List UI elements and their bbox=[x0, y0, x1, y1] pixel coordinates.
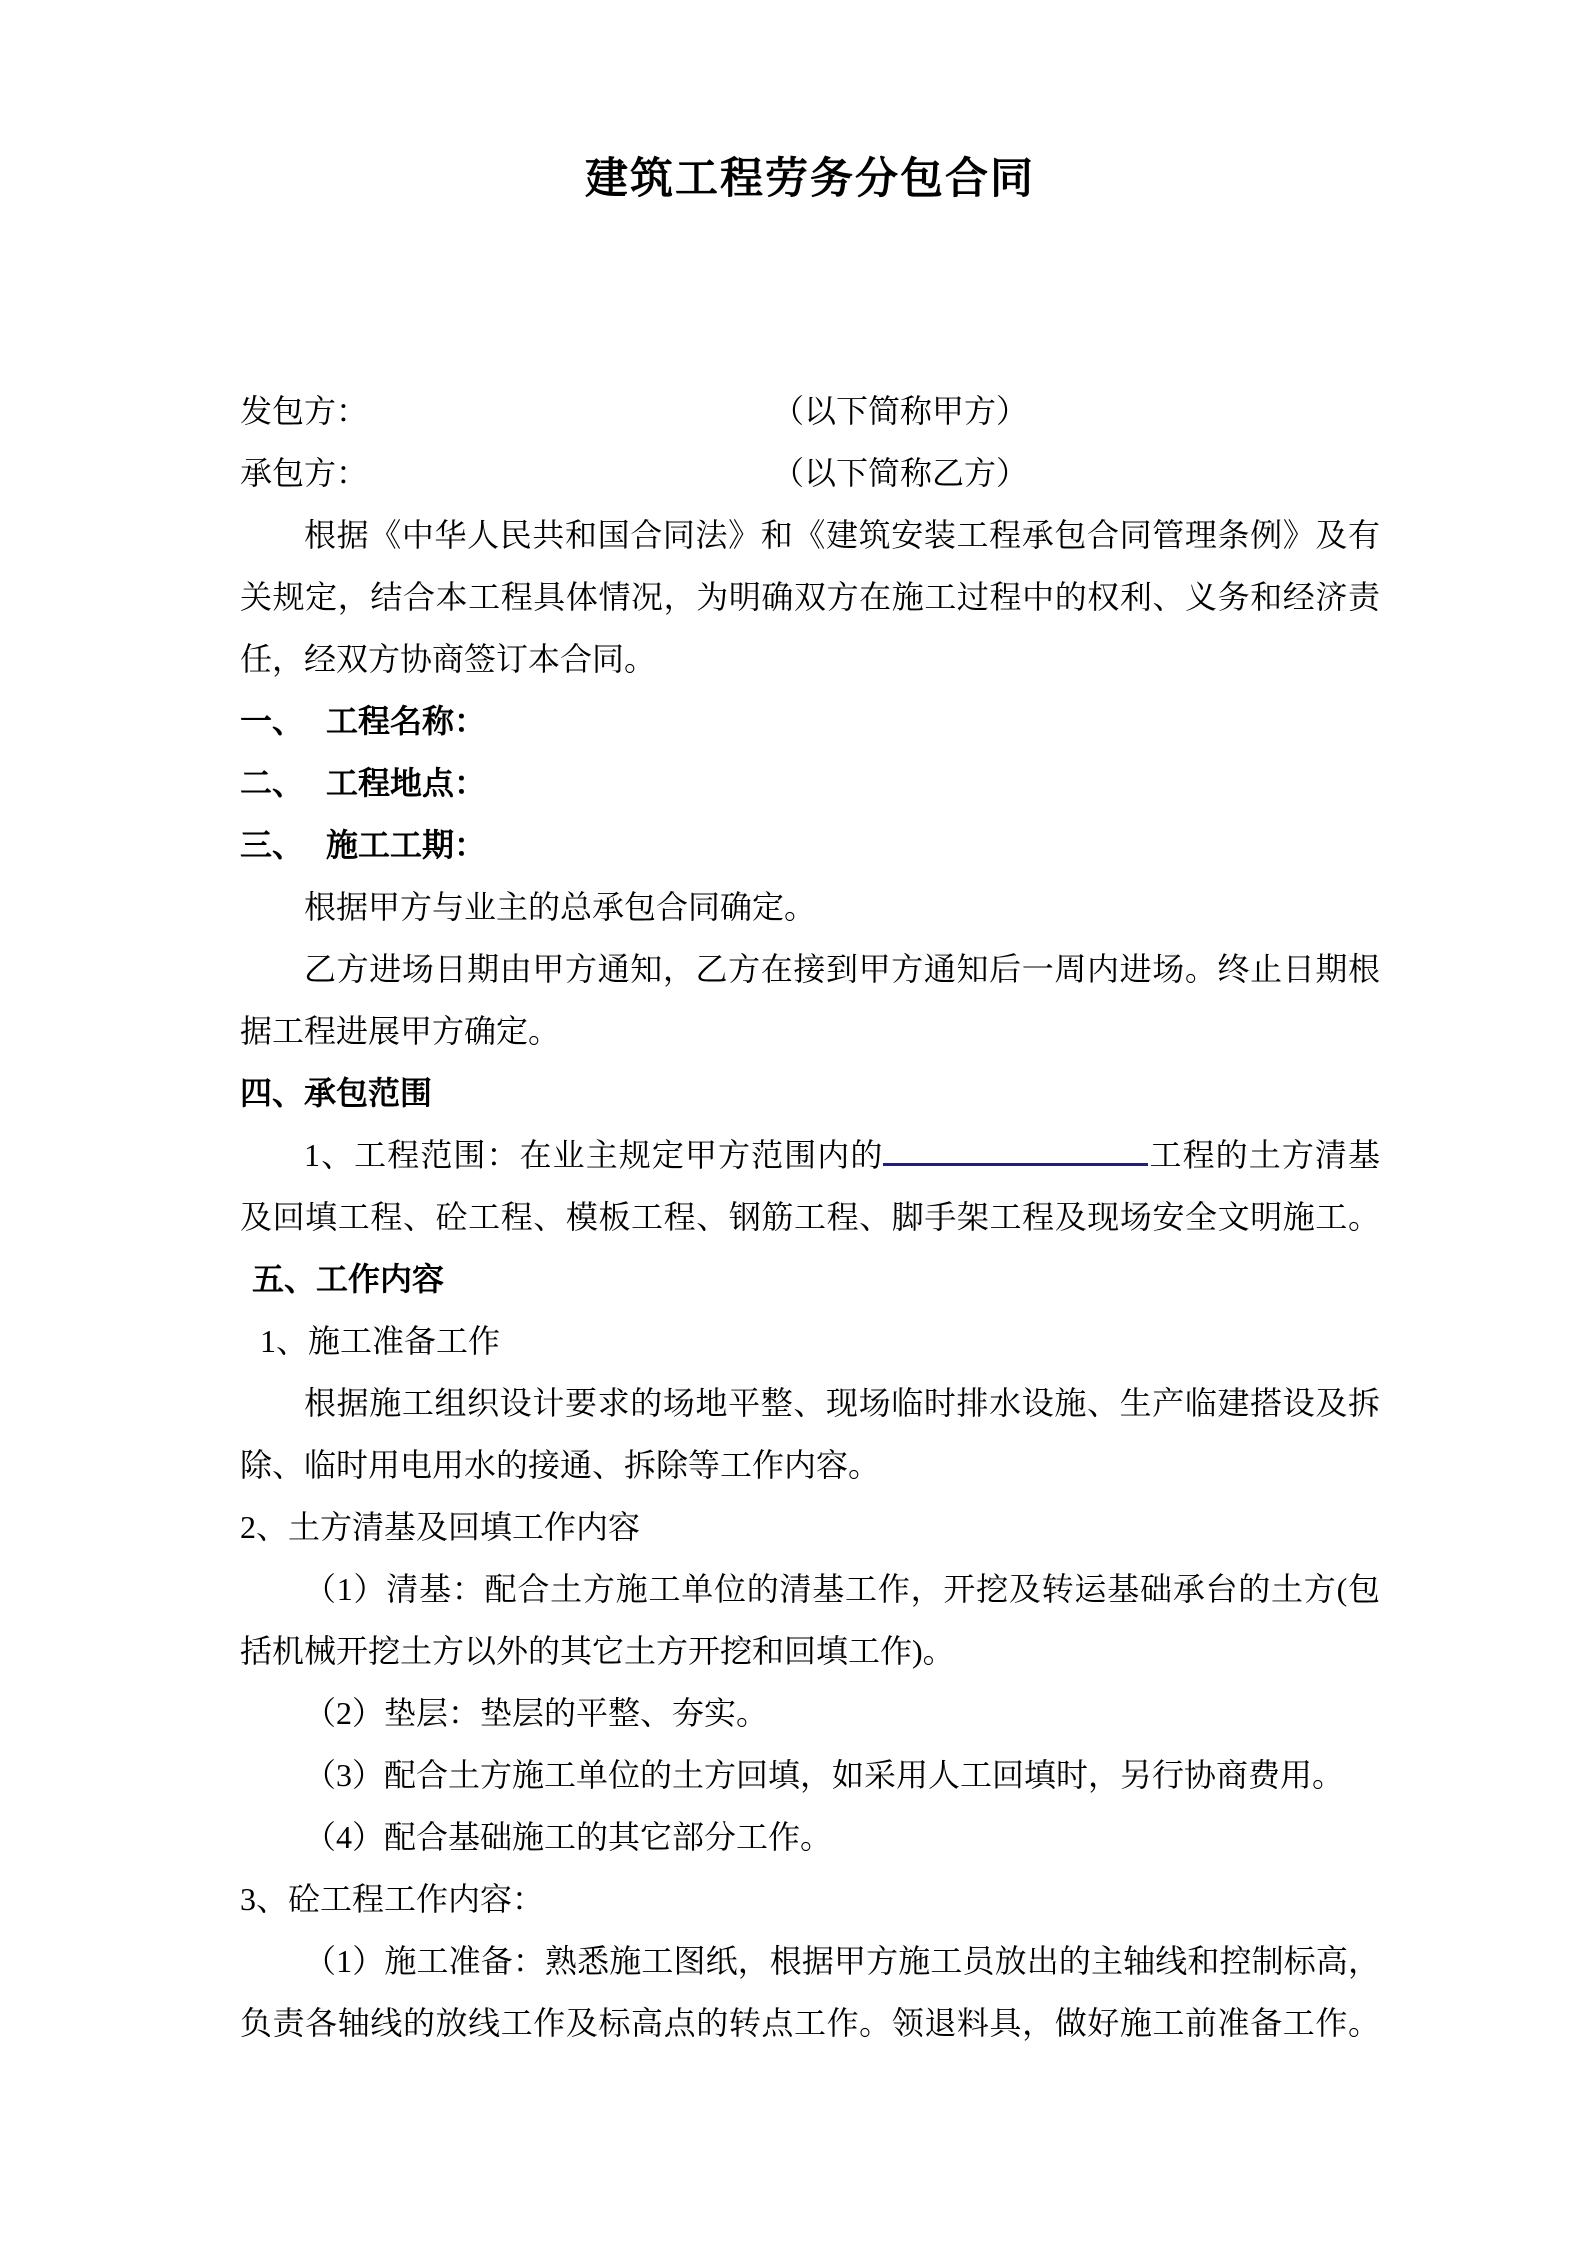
clause-3-body-line-1: 根据甲方与业主的总承包合同确定。 bbox=[240, 876, 1380, 938]
party-b-alias: （以下简称乙方） bbox=[772, 455, 1028, 491]
preamble-line-1: 根据《中华人民共和国合同法》和《建筑安装工程承包合同管理条例》及有 bbox=[240, 504, 1380, 566]
work-item-1-line-2: 除、临时用电用水的接通、拆除等工作内容。 bbox=[240, 1434, 1380, 1496]
party-a-alias: （以下简称甲方） bbox=[772, 393, 1028, 429]
clause-3-title: 施工工期： bbox=[326, 827, 486, 863]
clause-5-heading: 五、工作内容 bbox=[240, 1248, 1380, 1310]
clause-2-title: 工程地点： bbox=[326, 765, 486, 801]
document-body: 发包方：（以下简称甲方） 承包方：（以下简称乙方） 根据《中华人民共和国合同法》… bbox=[240, 380, 1380, 2054]
party-a-label: 发包方： bbox=[240, 380, 772, 442]
clause-3-body-line-2: 乙方进场日期由甲方通知，乙方在接到甲方通知后一周内进场。终止日期根 bbox=[240, 938, 1380, 1000]
clause-1-title: 工程名称： bbox=[326, 703, 486, 739]
work-item-3-sub-1-line-2: 负责各轴线的放线工作及标高点的转点工作。领退料具，做好施工前准备工作。 bbox=[240, 1992, 1380, 2054]
work-item-2-sub-1-line-2: 括机械开挖土方以外的其它土方开挖和回填工作)。 bbox=[240, 1620, 1380, 1682]
scope-blank-underline bbox=[883, 1163, 1148, 1166]
clause-1-number: 一、 bbox=[240, 690, 304, 752]
work-item-1-line-1: 根据施工组织设计要求的场地平整、现场临时排水设施、生产临建搭设及拆 bbox=[240, 1372, 1380, 1434]
clause-4-scope-line-1: 1、工程范围：在业主规定甲方范围内的工程的土方清基 bbox=[240, 1124, 1380, 1186]
work-item-2-sub-2: （2）垫层：垫层的平整、夯实。 bbox=[240, 1682, 1380, 1744]
clause-2-heading: 二、工程地点： bbox=[240, 752, 1380, 814]
clause-4-heading: 四、承包范围 bbox=[240, 1062, 1380, 1124]
work-item-2-sub-3: （3）配合土方施工单位的土方回填，如采用人工回填时，另行协商费用。 bbox=[240, 1744, 1380, 1806]
clause-4-scope-line-2: 及回填工程、砼工程、模板工程、钢筋工程、脚手架工程及现场安全文明施工。 bbox=[240, 1186, 1380, 1248]
work-item-3-title: 3、砼工程工作内容： bbox=[240, 1868, 1380, 1930]
work-item-3-sub-1-line-1: （1）施工准备：熟悉施工图纸，根据甲方施工员放出的主轴线和控制标高， bbox=[240, 1930, 1380, 1992]
work-item-2-title: 2、土方清基及回填工作内容 bbox=[240, 1496, 1380, 1558]
preamble-line-3: 任，经双方协商签订本合同。 bbox=[240, 628, 1380, 690]
scope-text-after-blank: 工程的土方清基 bbox=[1148, 1137, 1380, 1173]
party-b-row: 承包方：（以下简称乙方） bbox=[240, 442, 1380, 504]
clause-2-number: 二、 bbox=[240, 752, 304, 814]
party-a-row: 发包方：（以下简称甲方） bbox=[240, 380, 1380, 442]
work-item-2-sub-4: （4）配合基础施工的其它部分工作。 bbox=[240, 1806, 1380, 1868]
contract-document-page: 建筑工程劳务分包合同 发包方：（以下简称甲方） 承包方：（以下简称乙方） 根据《… bbox=[0, 0, 1586, 2244]
clause-3-body-line-3: 据工程进展甲方确定。 bbox=[240, 1000, 1380, 1062]
page-content: 建筑工程劳务分包合同 发包方：（以下简称甲方） 承包方：（以下简称乙方） 根据《… bbox=[0, 0, 1586, 2054]
preamble-line-2: 关规定，结合本工程具体情况，为明确双方在施工过程中的权利、义务和经济责 bbox=[240, 566, 1380, 628]
scope-text-before-blank: 1、工程范围：在业主规定甲方范围内的 bbox=[304, 1137, 883, 1173]
clause-3-heading: 三、施工工期： bbox=[240, 814, 1380, 876]
clause-1-heading: 一、工程名称： bbox=[240, 690, 1380, 752]
clause-3-number: 三、 bbox=[240, 814, 304, 876]
party-b-label: 承包方： bbox=[240, 442, 772, 504]
work-item-1-title: 1、施工准备工作 bbox=[240, 1310, 1380, 1372]
document-title: 建筑工程劳务分包合同 bbox=[240, 140, 1380, 220]
work-item-2-sub-1-line-1: （1）清基：配合土方施工单位的清基工作，开挖及转运基础承台的土方(包 bbox=[240, 1558, 1380, 1620]
